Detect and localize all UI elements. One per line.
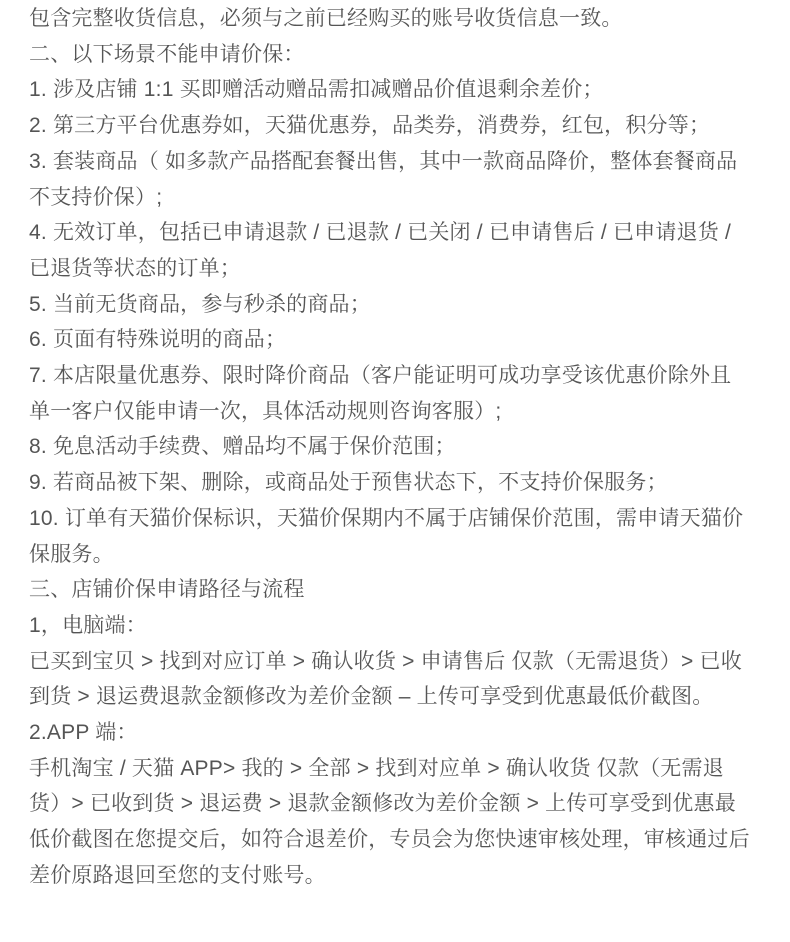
policy-item-2: 2. 第三方平台优惠券如，天猫优惠券，品类券，消费券，红包，积分等； [29, 108, 750, 144]
policy-item-8: 8. 免息活动手续费、赠品均不属于保价范围； [29, 429, 750, 465]
policy-section-heading-3: 三、店铺价保申请路径与流程 [29, 572, 750, 608]
policy-item-7: 7. 本店限量优惠券、限时降价商品（客户能证明可成功享受该优惠价除外且单一客户仅… [29, 358, 750, 429]
policy-section-heading-2: 二、以下场景不能申请价保： [29, 37, 750, 73]
policy-item-1: 1. 涉及店铺 1:1 买即赠活动赠品需扣减赠品价值退剩余差价； [29, 72, 750, 108]
policy-app-steps: 手机淘宝 / 天猫 APP> 我的 > 全部 > 找到对应单 > 确认收货 仅款… [29, 751, 750, 894]
policy-item-10: 10. 订单有天猫价保标识，天猫价保期内不属于店铺保价范围，需申请天猫价保服务。 [29, 501, 750, 572]
policy-item-9: 9. 若商品被下架、删除，或商品处于预售状态下，不支持价保服务； [29, 465, 750, 501]
policy-item-5: 5. 当前无货商品，参与秒杀的商品； [29, 287, 750, 323]
policy-item-6: 6. 页面有特殊说明的商品； [29, 322, 750, 358]
policy-intro-line: 包含完整收货信息，必须与之前已经购买的账号收货信息一致。 [29, 1, 750, 37]
policy-app-label: 2.APP 端： [29, 715, 750, 751]
policy-item-4: 4. 无效订单，包括已申请退款 / 已退款 / 已关闭 / 已申请售后 / 已申… [29, 215, 750, 286]
price-protection-policy-document: 包含完整收货信息，必须与之前已经购买的账号收货信息一致。 二、以下场景不能申请价… [0, 0, 790, 942]
policy-pc-steps: 已买到宝贝 > 找到对应订单 > 确认收货 > 申请售后 仅款（无需退货）> 已… [29, 644, 750, 715]
policy-item-3: 3. 套装商品（ 如多款产品搭配套餐出售，其中一款商品降价，整体套餐商品不支持价… [29, 144, 750, 215]
policy-pc-label: 1，电脑端： [29, 608, 750, 644]
